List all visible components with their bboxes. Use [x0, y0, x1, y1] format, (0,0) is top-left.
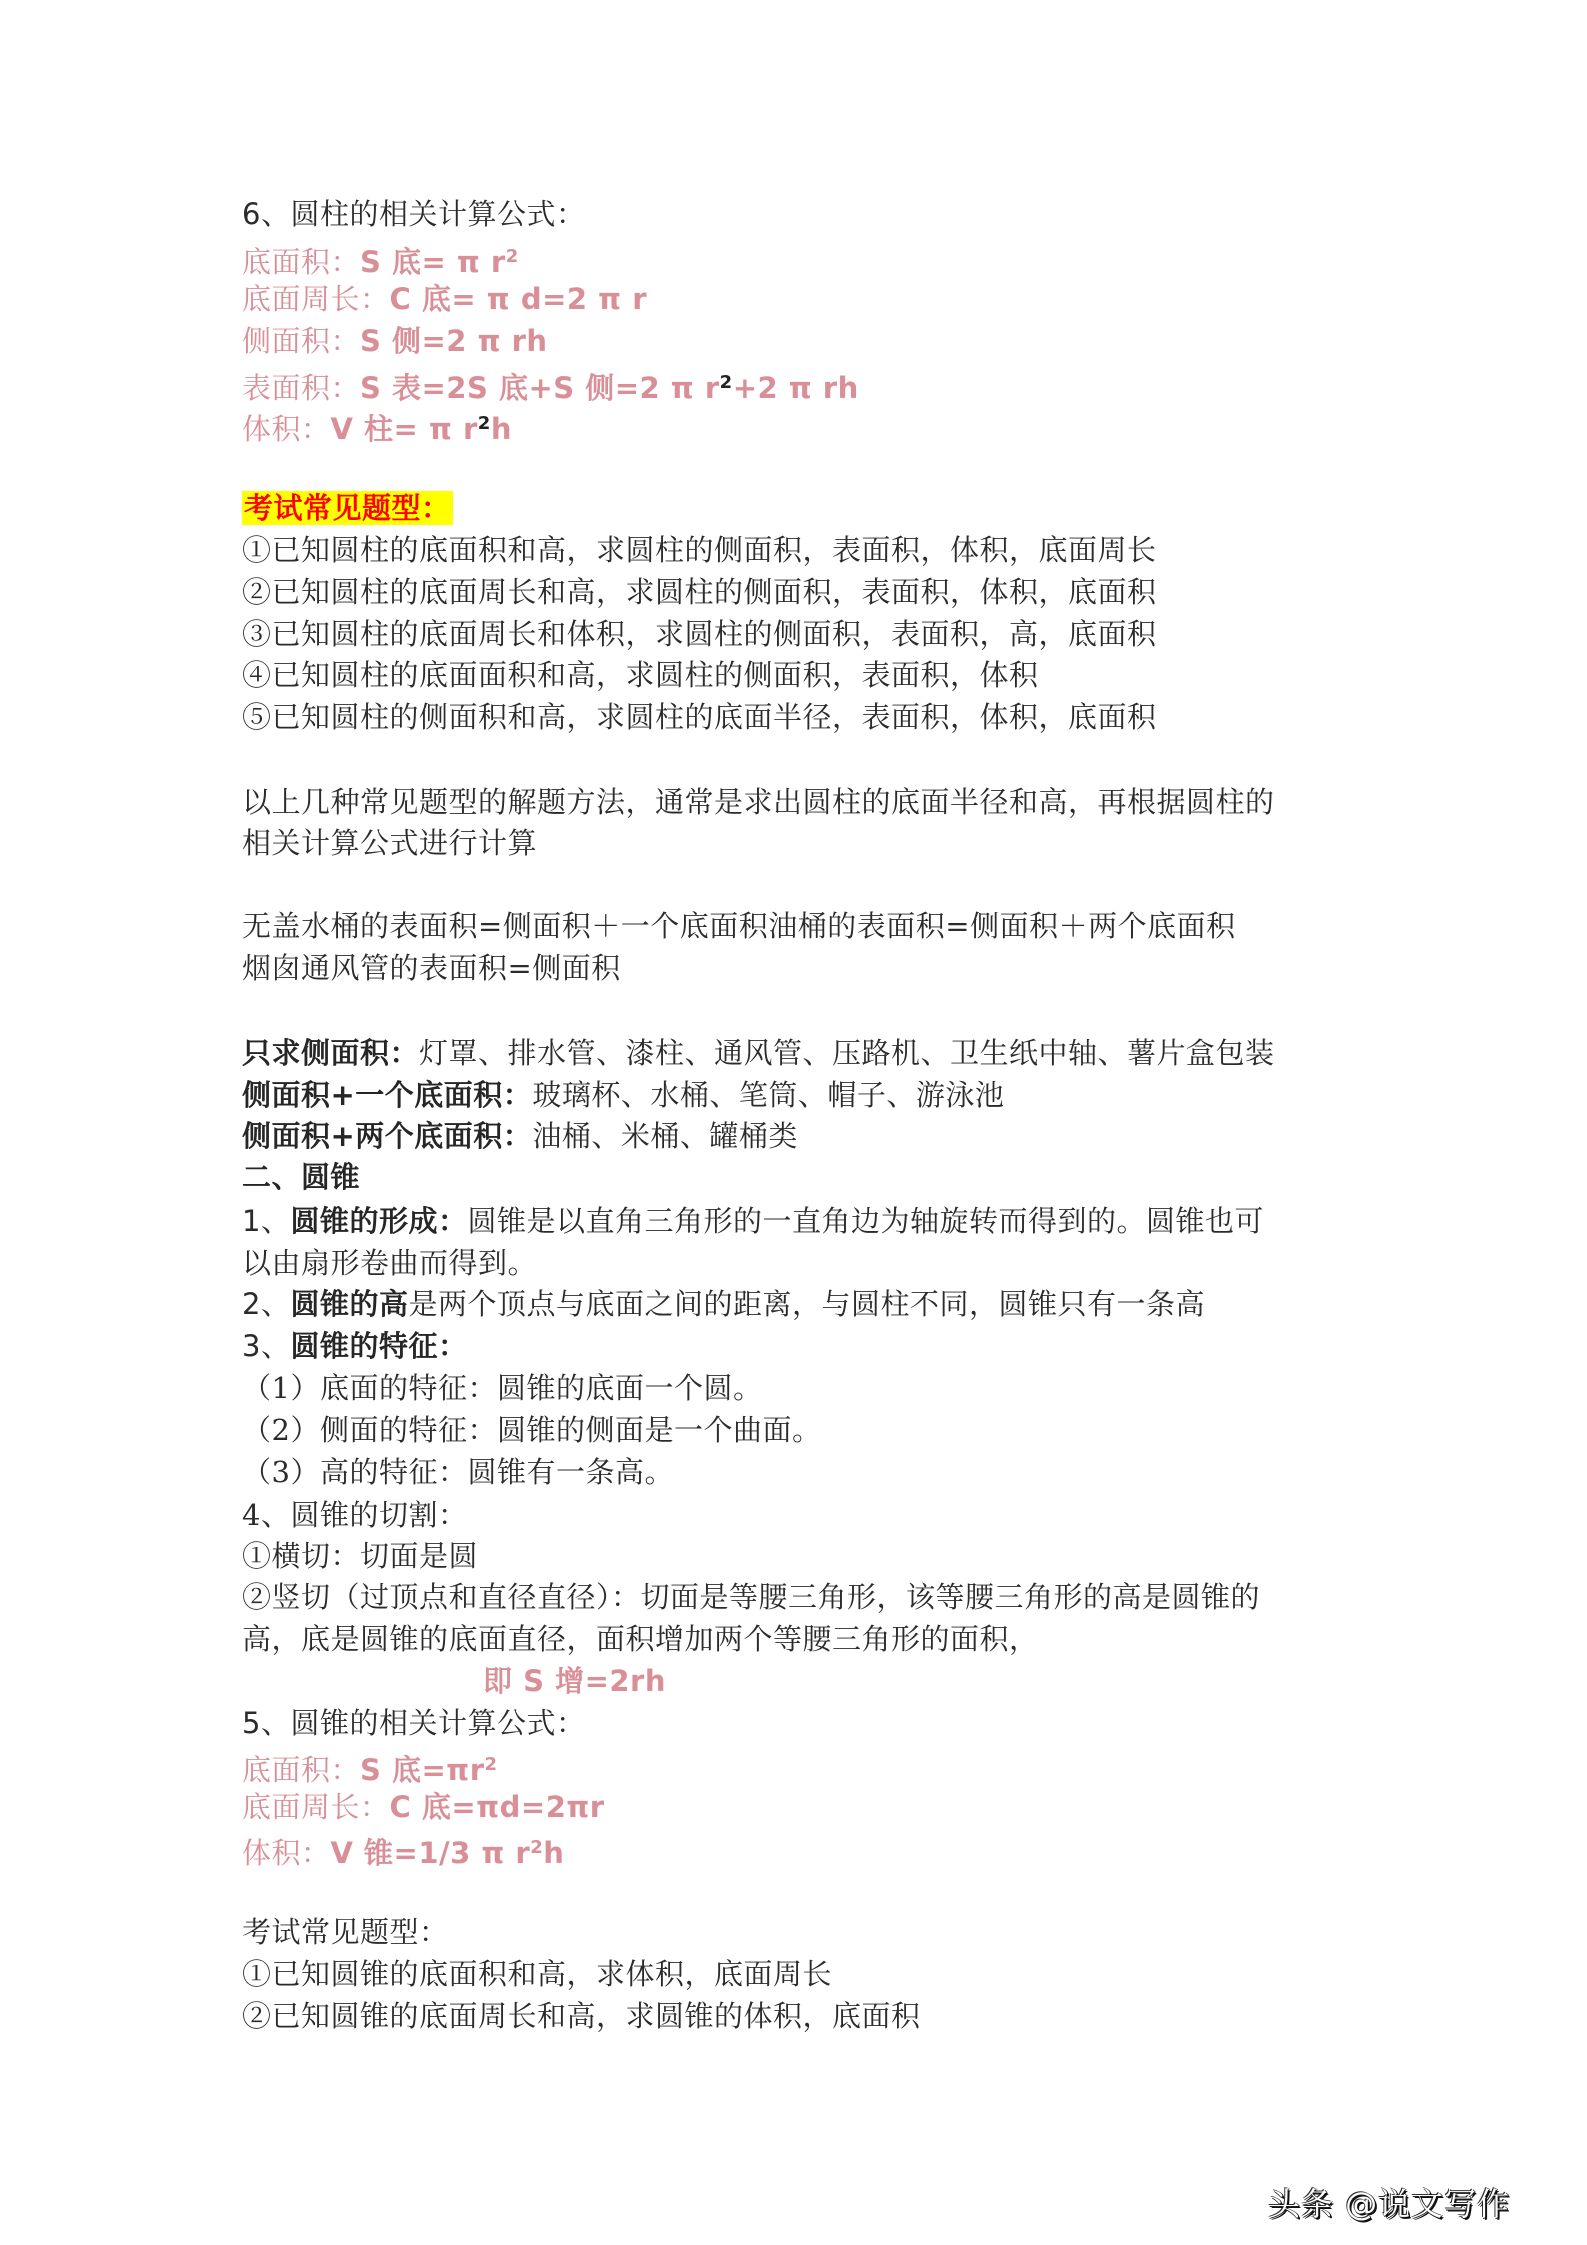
- formula-superscript: 2: [478, 413, 491, 434]
- cone-height: 2、圆锥的高是两个顶点与底面之间的距离，与圆柱不同，圆锥只有一条高: [242, 1283, 1205, 1325]
- formula-expression: S 表=2S 底+S 侧=2 π r: [360, 371, 720, 405]
- cylinder-exam-heading: 考试常见题型：: [242, 491, 453, 525]
- application-label: 只求侧面积：: [242, 1036, 419, 1070]
- item-text: 是两个顶点与底面之间的距离，与圆柱不同，圆锥只有一条高: [408, 1287, 1205, 1321]
- cylinder-formula-base-perimeter: 底面周长：C 底= π d=2 π r: [242, 278, 647, 320]
- cone-cutting-increase-formula: 即 S 增=2rh: [483, 1660, 666, 1702]
- cone-cutting-horizontal: ①横切：切面是圆: [242, 1535, 478, 1577]
- item-label: 圆锥的特征：: [290, 1329, 467, 1363]
- method-note-line-2: 相关计算公式进行计算: [242, 822, 537, 864]
- cylinder-formula-lateral-area: 侧面积：S 侧=2 π rh: [242, 320, 548, 362]
- cylinder-exam-item: ③已知圆柱的底面周长和体积，求圆柱的侧面积，表面积，高，底面积: [242, 613, 1157, 655]
- formula-expression: C 底=πd=2πr: [390, 1790, 605, 1824]
- application-label: 侧面积+一个底面积：: [242, 1078, 532, 1112]
- cylinder-exam-item: ⑤已知圆柱的侧面积和高，求圆柱的底面半径，表面积，体积，底面积: [242, 696, 1157, 738]
- cone-cutting-vertical-line-1: ②竖切（过顶点和直径直径）：切面是等腰三角形，该等腰三角形的高是圆锥的: [242, 1576, 1260, 1618]
- formula-expression: S 侧=2 π rh: [360, 324, 548, 358]
- cone-feature-item: （3）高的特征：圆锥有一条高。: [242, 1451, 674, 1493]
- cone-cutting-title: 4、圆锥的切割：: [242, 1494, 467, 1536]
- cone-feature-item: （2）侧面的特征：圆锥的侧面是一个曲面。: [242, 1409, 821, 1451]
- formula-superscript: 2: [506, 246, 519, 267]
- formula-label: 侧面积：: [242, 324, 360, 358]
- application-lateral-plus-one-base: 侧面积+一个底面积：玻璃杯、水桶、笔筒、帽子、游泳池: [242, 1074, 1004, 1116]
- surface-note-line-1: 无盖水桶的表面积=侧面积＋一个底面积油桶的表面积=侧面积＋两个底面积: [242, 905, 1236, 947]
- cone-formula-volume: 体积：V 锥=1/3 π r2h: [242, 1827, 564, 1869]
- cylinder-formula-surface-area: 表面积：S 表=2S 底+S 侧=2 π r2+2 π rh: [242, 362, 859, 404]
- formula-label: 底面周长：: [242, 282, 390, 316]
- cone-features-heading: 3、圆锥的特征：: [242, 1325, 467, 1367]
- formula-expression: S 底= π r: [360, 245, 506, 279]
- cone-formulas-title: 5、圆锥的相关计算公式：: [242, 1702, 585, 1744]
- formula-superscript: 2: [720, 372, 733, 393]
- cone-cutting-vertical-line-2: 高，底是圆锥的底面直径，面积增加两个等腰三角形的面积，: [242, 1618, 1039, 1660]
- formula-expression: V 锥=1/3 π r: [331, 1836, 531, 1870]
- item-label: 圆锥的形成：: [290, 1204, 467, 1238]
- formula-label: 底面周长：: [242, 1790, 390, 1824]
- watermark: 头条 @说文写作: [1268, 2182, 1510, 2226]
- cone-exam-item: ②已知圆锥的底面周长和高，求圆锥的体积，底面积: [242, 1995, 921, 2037]
- method-note-line-1: 以上几种常见题型的解题方法，通常是求出圆柱的底面半径和高，再根据圆柱的: [242, 781, 1275, 823]
- cylinder-exam-item: ②已知圆柱的底面周长和高，求圆柱的侧面积，表面积，体积，底面积: [242, 571, 1157, 613]
- cone-feature-item: （1）底面的特征：圆锥的底面一个圆。: [242, 1367, 762, 1409]
- cone-formula-base-perimeter: 底面周长：C 底=πd=2πr: [242, 1786, 605, 1828]
- formula-superscript: 2: [485, 1754, 498, 1775]
- cylinder-formula-base-area: 底面积：S 底= π r2: [242, 236, 519, 278]
- formula-tail: +2 π rh: [733, 371, 859, 405]
- formula-label: 底面积：: [242, 1753, 360, 1787]
- application-text: 油桶、米桶、罐桶类: [532, 1119, 798, 1153]
- item-text: 圆锥是以直角三角形的一直角边为轴旋转而得到的。圆锥也可: [467, 1204, 1264, 1238]
- formula-superscript: 2: [530, 1837, 543, 1858]
- cone-exam-item: ①已知圆锥的底面积和高，求体积，底面周长: [242, 1953, 832, 1995]
- formula-expression: S 底=πr: [360, 1753, 485, 1787]
- application-text: 玻璃杯、水桶、笔筒、帽子、游泳池: [532, 1078, 1004, 1112]
- surface-note-line-2: 烟囱通风管的表面积=侧面积: [242, 947, 621, 989]
- formula-expression: C 底= π d=2 π r: [390, 282, 647, 316]
- cone-formula-base-area: 底面积：S 底=πr2: [242, 1744, 498, 1786]
- cone-formation-continued: 以由扇形卷曲而得到。: [242, 1242, 537, 1284]
- formula-label: 表面积：: [242, 371, 360, 405]
- application-label: 侧面积+两个底面积：: [242, 1119, 532, 1153]
- formula-label: 体积：: [242, 1836, 331, 1870]
- formula-tail: h: [543, 1836, 564, 1870]
- cylinder-exam-item: ④已知圆柱的底面面积和高，求圆柱的侧面积，表面积，体积: [242, 654, 1039, 696]
- formula-tail: h: [491, 412, 512, 446]
- cylinder-exam-item: ①已知圆柱的底面积和高，求圆柱的侧面积，表面积，体积，底面周长: [242, 529, 1157, 571]
- formula-label: 底面积：: [242, 245, 360, 279]
- cone-formation: 1、圆锥的形成：圆锥是以直角三角形的一直角边为轴旋转而得到的。圆锥也可: [242, 1200, 1264, 1242]
- cone-exam-heading: 考试常见题型：: [242, 1911, 449, 1953]
- application-lateral-only: 只求侧面积：灯罩、排水管、漆柱、通风管、压路机、卫生纸中轴、薯片盒包装: [242, 1032, 1275, 1074]
- cone-section-title: 二、圆锥: [242, 1156, 360, 1198]
- cylinder-exam-heading-row: 考试常见题型：: [242, 487, 453, 529]
- formula-expression: V 柱= π r: [331, 412, 478, 446]
- item-label: 圆锥的高: [290, 1287, 408, 1321]
- cylinder-formulas-title: 6、圆柱的相关计算公式：: [242, 193, 585, 235]
- formula-label: 体积：: [242, 412, 331, 446]
- application-lateral-plus-two-bases: 侧面积+两个底面积：油桶、米桶、罐桶类: [242, 1115, 798, 1157]
- item-number: 1、: [242, 1204, 290, 1238]
- cylinder-formula-volume: 体积：V 柱= π r2h: [242, 403, 512, 445]
- application-text: 灯罩、排水管、漆柱、通风管、压路机、卫生纸中轴、薯片盒包装: [419, 1036, 1275, 1070]
- item-number: 3、: [242, 1329, 290, 1363]
- item-number: 2、: [242, 1287, 290, 1321]
